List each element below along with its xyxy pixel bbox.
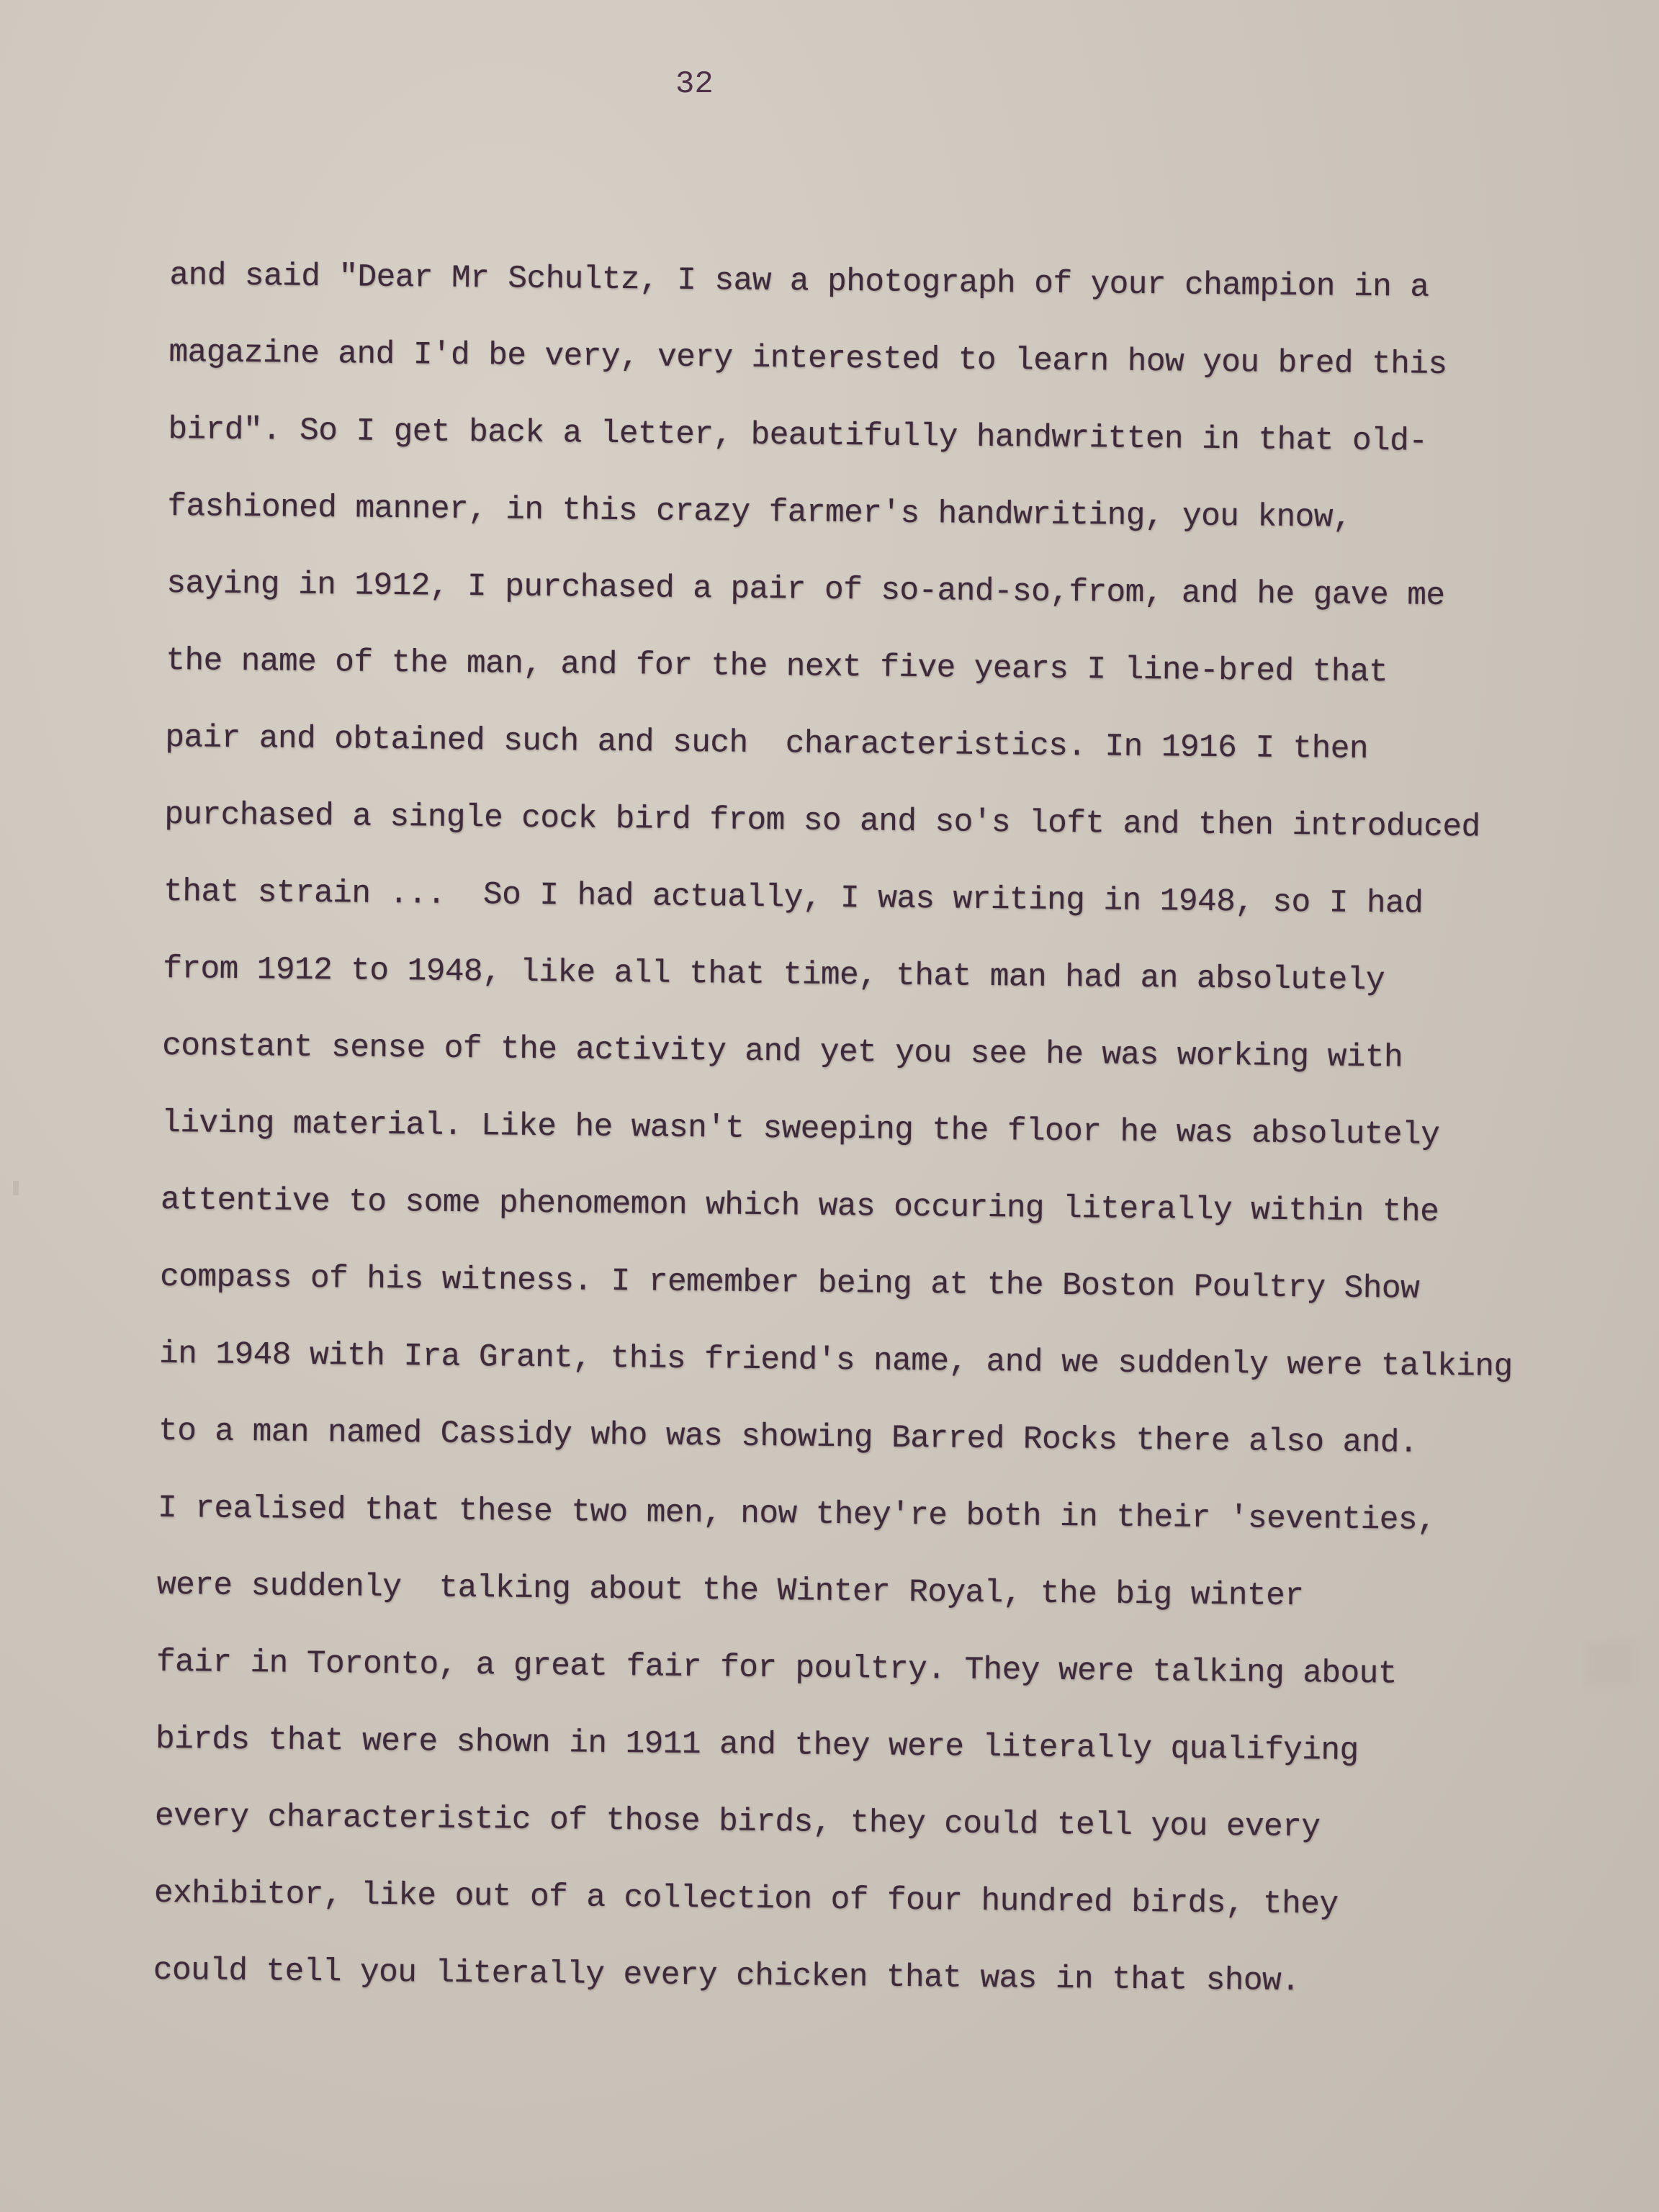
text-line: from 1912 to 1948, like all that time, t… [163, 931, 1589, 1022]
text-line: exhibitor, like out of a collection of f… [153, 1856, 1580, 1946]
text-line: attentive to some phenomemon which was o… [161, 1162, 1587, 1253]
text-line: compass of his witness. I remember being… [160, 1239, 1586, 1330]
text-line: were suddenly talking about the Winter R… [157, 1547, 1583, 1638]
text-line: bird". So I get back a letter, beautiful… [168, 392, 1594, 482]
text-line: could tell you literally every chicken t… [153, 1933, 1579, 2023]
text-line: to a man named Cassidy who was showing B… [158, 1393, 1585, 1484]
bleed-through-smudge [1584, 1642, 1635, 1685]
text-line: magazine and I'd be very, very intereste… [168, 315, 1595, 405]
text-line: fair in Toronto, a great fair for poultr… [156, 1624, 1582, 1715]
body-text: and said "Dear Mr Schultz, I saw a photo… [153, 238, 1596, 2023]
margin-smudge [13, 1181, 19, 1195]
text-line: constant sense of the activity and yet y… [162, 1008, 1588, 1099]
text-line: purchased a single cock bird from so and… [164, 777, 1591, 868]
text-line: the name of the man, and for the next fi… [166, 623, 1592, 714]
text-line: pair and obtained such and such characte… [165, 700, 1591, 791]
page-number: 32 [675, 66, 714, 102]
text-line: fashioned manner, in this crazy farmer's… [167, 469, 1593, 559]
text-line: I realised that these two men, now they'… [158, 1470, 1584, 1561]
text-line: that strain ... So I had actually, I was… [163, 854, 1590, 945]
text-line: and said "Dear Mr Schultz, I saw a photo… [169, 238, 1596, 328]
text-line: every characteristic of those birds, the… [154, 1779, 1581, 1869]
text-line: living material. Like he wasn't sweeping… [161, 1085, 1588, 1176]
text-line: birds that were shown in 1911 and they w… [155, 1701, 1581, 1792]
text-line: saying in 1912, I purchased a pair of so… [166, 546, 1593, 637]
text-line: in 1948 with Ira Grant, this friend's na… [159, 1316, 1586, 1407]
typewritten-page: 32 and said "Dear Mr Schultz, I saw a ph… [0, 0, 1659, 2212]
